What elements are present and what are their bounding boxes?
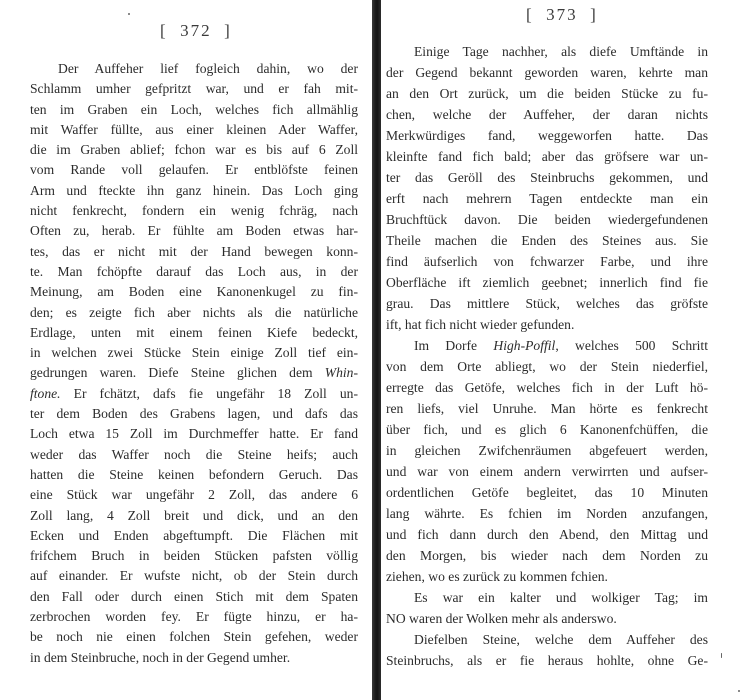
text-line: Es war ein kalter und wolkiger Tag; im: [386, 587, 708, 608]
text-line: Im Dorfe High-Poffil, welches 500 Schrit…: [386, 335, 708, 356]
text-line: in dem Steinbruche, noch in der Gegend u…: [30, 648, 358, 668]
text-line: Ecken und Enden abgeftumpft. Die Flächen…: [30, 526, 358, 546]
text-line: Steinbruchs, als er fie heraus hohlte, o…: [386, 650, 708, 671]
text-line: kleinfte fand fich bald; aber das gröfse…: [386, 146, 708, 167]
scan-speck: [128, 13, 130, 15]
text-line: zerbrochen worden fey. Er fügte hinzu, e…: [30, 607, 358, 627]
text-line: mit Waffer füllte, aus einer kleinen Ade…: [30, 120, 358, 140]
page-number: [ 372 ]: [160, 21, 232, 41]
text-line: frifchem Bruch in beiden Stücken pafsten…: [30, 546, 358, 566]
text-line: Meinung, am Boden eine Kanonenkugel zu f…: [30, 282, 358, 302]
text-line: der Gegend bekannt geworden waren, kehrt…: [386, 62, 708, 83]
text-line: erregte das Getöfe, welches fich in der …: [386, 377, 708, 398]
text-line: te. Man fchöpfte darauf das Loch aus, in…: [30, 262, 358, 282]
text-line: Schlamm umher gefpritzt war, und er fah …: [30, 79, 358, 99]
text-line: den Fall oder durch einen Stich mit dem …: [30, 587, 358, 607]
text-line: und war von einem andern verwirrten und …: [386, 461, 708, 482]
text-line: über fich, und es glich 6 Kanonenfchüffe…: [386, 419, 708, 440]
page-number: [ 373 ]: [526, 5, 598, 25]
text-line: den Morgen, bis wieder nach dem Norden z…: [386, 545, 708, 566]
text-line: tes, das er nicht mit der Hand bewegen k…: [30, 242, 358, 262]
page-body-text: Der Auffeher lief fogleich dahin, wo der…: [30, 59, 358, 668]
italic-term: ftone.: [30, 386, 61, 401]
text-line: ziehen, wo es zurück zu kommen fchien.: [386, 566, 708, 587]
page-body-text: Einige Tage nachher, als diefe Umftände …: [386, 41, 708, 671]
book-spine-gutter: [372, 0, 381, 700]
italic-term: Whin-: [325, 365, 358, 380]
text-line: Loch etwa 15 Zoll im Durchmeffer hatte. …: [30, 424, 358, 444]
text-line: hatten die Steine keinen befondern Geruc…: [30, 465, 358, 485]
text-line: ordentlichen Getöfe begleitet, das 10 Mi…: [386, 482, 708, 503]
text-line: von dem Orte abliegt, wo der Stein niede…: [386, 356, 708, 377]
text-line: Theile machen die Enden des Steines aus.…: [386, 230, 708, 251]
text-line: Einige Tage nachher, als diefe Umftände …: [386, 41, 708, 62]
text-line: ten im Graben ein Loch, welches fich all…: [30, 100, 358, 120]
text-line: lang währte. Es fchien im Norden anzufan…: [386, 503, 708, 524]
text-line: Merkwürdiges fand, weggeworfen hatte. Da…: [386, 125, 708, 146]
left-page: [ 372 ] Der Auffeher lief fogleich dahin…: [0, 0, 372, 700]
text-line: ter das Geröll des Steinbruchs gekommen,…: [386, 167, 708, 188]
text-line: Oberfläche ift ziemlich geebnet; innerli…: [386, 272, 708, 293]
text-line: Der Auffeher lief fogleich dahin, wo der: [30, 59, 358, 79]
text-line: Bruchftück davon. Die beiden wiedergefun…: [386, 209, 708, 230]
text-line: be noch nie einen folchen Stein gefehen,…: [30, 627, 358, 647]
text-line: eine Stück war ungefähr 2 Zoll, das ande…: [30, 485, 358, 505]
text-line: Erdlage, unten mit einem feinen Kiefe be…: [30, 323, 358, 343]
text-line: Often zu, herab. Er fühlte am Boden etwa…: [30, 221, 358, 241]
text-line: Diefelben Steine, welche dem Auffeher de…: [386, 629, 708, 650]
text-line: find äufserlich von fchwarzer Farbe, und…: [386, 251, 708, 272]
text-line: Arm und fteckte ihn ganz hinein. Das Loc…: [30, 181, 358, 201]
scan-speck: [721, 653, 722, 658]
text-line: grau. Das mittlere Stück, welches das gr…: [386, 293, 708, 314]
text-line: ftone. Er fchätzt, dafs fie ungefähr 18 …: [30, 384, 358, 404]
text-line: gedrungen waren. Diefe Steine glichen de…: [30, 363, 358, 383]
text-line: ter dem Boden des Grabens lagen, und daf…: [30, 404, 358, 424]
text-line: nicht fenkrecht, fondern ein wenig fchrä…: [30, 201, 358, 221]
scan-speck: [738, 690, 740, 692]
text-line: in gleichen Zwifchenräumen abgefeuert we…: [386, 440, 708, 461]
text-line: Zoll lang, 4 Zoll breit und dick, und an…: [30, 506, 358, 526]
text-line: ift, hat fich nicht wieder gefunden.: [386, 314, 708, 335]
text-line: an den Ort zurück, um die beiden Stücke …: [386, 83, 708, 104]
text-line: und fich dann durch den Abend, den Mitta…: [386, 524, 708, 545]
text-line: die im Graben ablief; fchon war es bis a…: [30, 140, 358, 160]
text-line: in welchen zwei Stücke Stein einige Zoll…: [30, 343, 358, 363]
text-line: ren liefs, viel Unruhe. Man hörte es fen…: [386, 398, 708, 419]
text-line: weder das Waffer noch die Steine heifs; …: [30, 445, 358, 465]
text-line: vom Rande voll gelaufen. Er entblöfste f…: [30, 160, 358, 180]
text-line: erft nach mehrern Tagen entdeckte man ei…: [386, 188, 708, 209]
italic-term: High-Poffil: [493, 338, 555, 353]
text-line: chen, welche der Auffeher, der daran nic…: [386, 104, 708, 125]
text-line: auf einander. Er wufste nicht, ob der St…: [30, 566, 358, 586]
right-page: [ 373 ] Einige Tage nachher, als diefe U…: [381, 0, 756, 700]
text-line: den; es zeigte fich aber nichts als die …: [30, 303, 358, 323]
text-line: NO waren der Wolken mehr als anderswo.: [386, 608, 708, 629]
